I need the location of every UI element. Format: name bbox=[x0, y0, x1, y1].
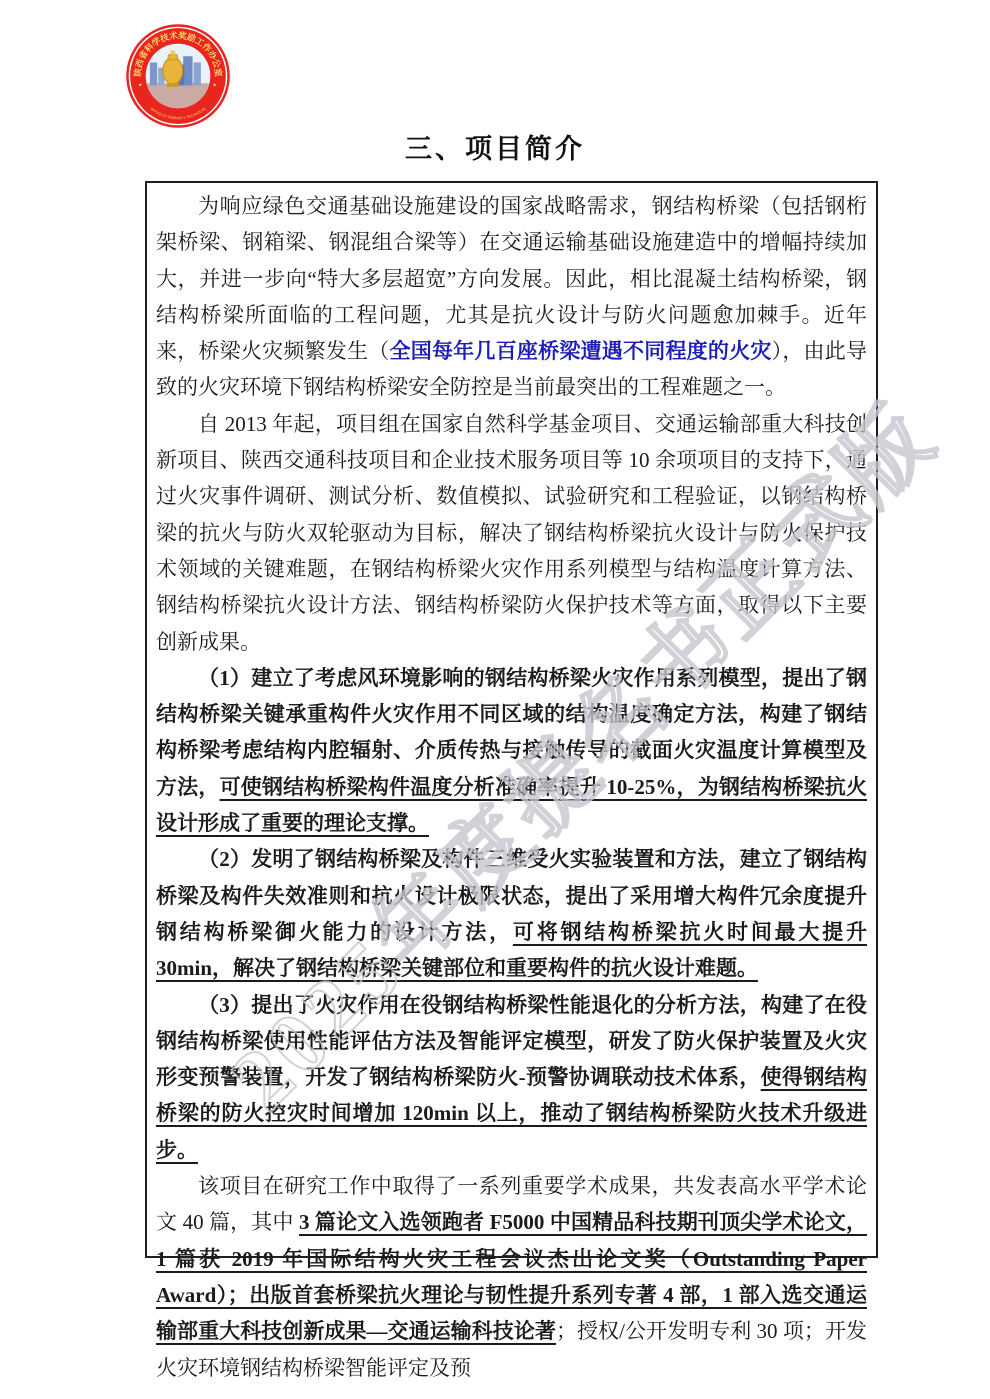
text-segment-bold-underline: 可使钢结构桥梁构件温度分析准确率提升 10-25%，为钢结构桥梁抗火设计形成了重… bbox=[156, 775, 867, 835]
seal-inner-photo bbox=[146, 44, 210, 108]
text-segment-blue-bold: 全国每年几百座桥梁遭遇不同程度的火灾 bbox=[390, 339, 772, 363]
org-seal-logo: 陕西省科学技术奖励工作办公室 SHAANXI OFFICE OF SCIENCE… bbox=[126, 24, 230, 128]
paragraph: 自 2013 年起，项目组在国家自然科学基金项目、交通运输部重大科技创新项目、陕… bbox=[156, 406, 867, 660]
project-summary-box: 为响应绿色交通基础设施建设的国家战略需求，钢结构桥梁（包括钢桁架桥梁、钢箱梁、钢… bbox=[145, 181, 878, 1258]
paragraph: （1）建立了考虑风环境影响的钢结构桥梁火灾作用系列模型，提出了钢结构桥梁关键承重… bbox=[156, 660, 867, 841]
paragraph: 该项目在研究工作中取得了一系列重要学术成果，共发表高水平学术论文 40 篇，其中… bbox=[156, 1168, 867, 1386]
text-segment-normal: 自 2013 年起，项目组在国家自然科学基金项目、交通运输部重大科技创新项目、陕… bbox=[156, 412, 867, 654]
seal-star-left: ★ bbox=[138, 82, 143, 88]
paragraph: （3）提出了火灾作用在役钢结构桥梁性能退化的分析方法，构建了在役钢结构桥梁使用性… bbox=[156, 987, 867, 1168]
document-page: 陕西省科学技术奖励工作办公室 SHAANXI OFFICE OF SCIENCE… bbox=[0, 0, 990, 1399]
seal-icon: 陕西省科学技术奖励工作办公室 SHAANXI OFFICE OF SCIENCE… bbox=[126, 24, 230, 128]
section-title: 三、项目简介 bbox=[0, 127, 990, 166]
paragraph: 为响应绿色交通基础设施建设的国家战略需求，钢结构桥梁（包括钢桁架桥梁、钢箱梁、钢… bbox=[156, 188, 867, 406]
seal-star-right: ★ bbox=[212, 82, 217, 88]
text-segment-normal: 为响应绿色交通基础设施建设的国家战略需求，钢结构桥梁（包括钢桁架桥梁、钢箱梁、钢… bbox=[156, 194, 867, 363]
paragraph: （2）发明了钢结构桥梁及构件三维受火实验装置和方法，建立了钢结构桥梁及构件失效准… bbox=[156, 841, 867, 986]
